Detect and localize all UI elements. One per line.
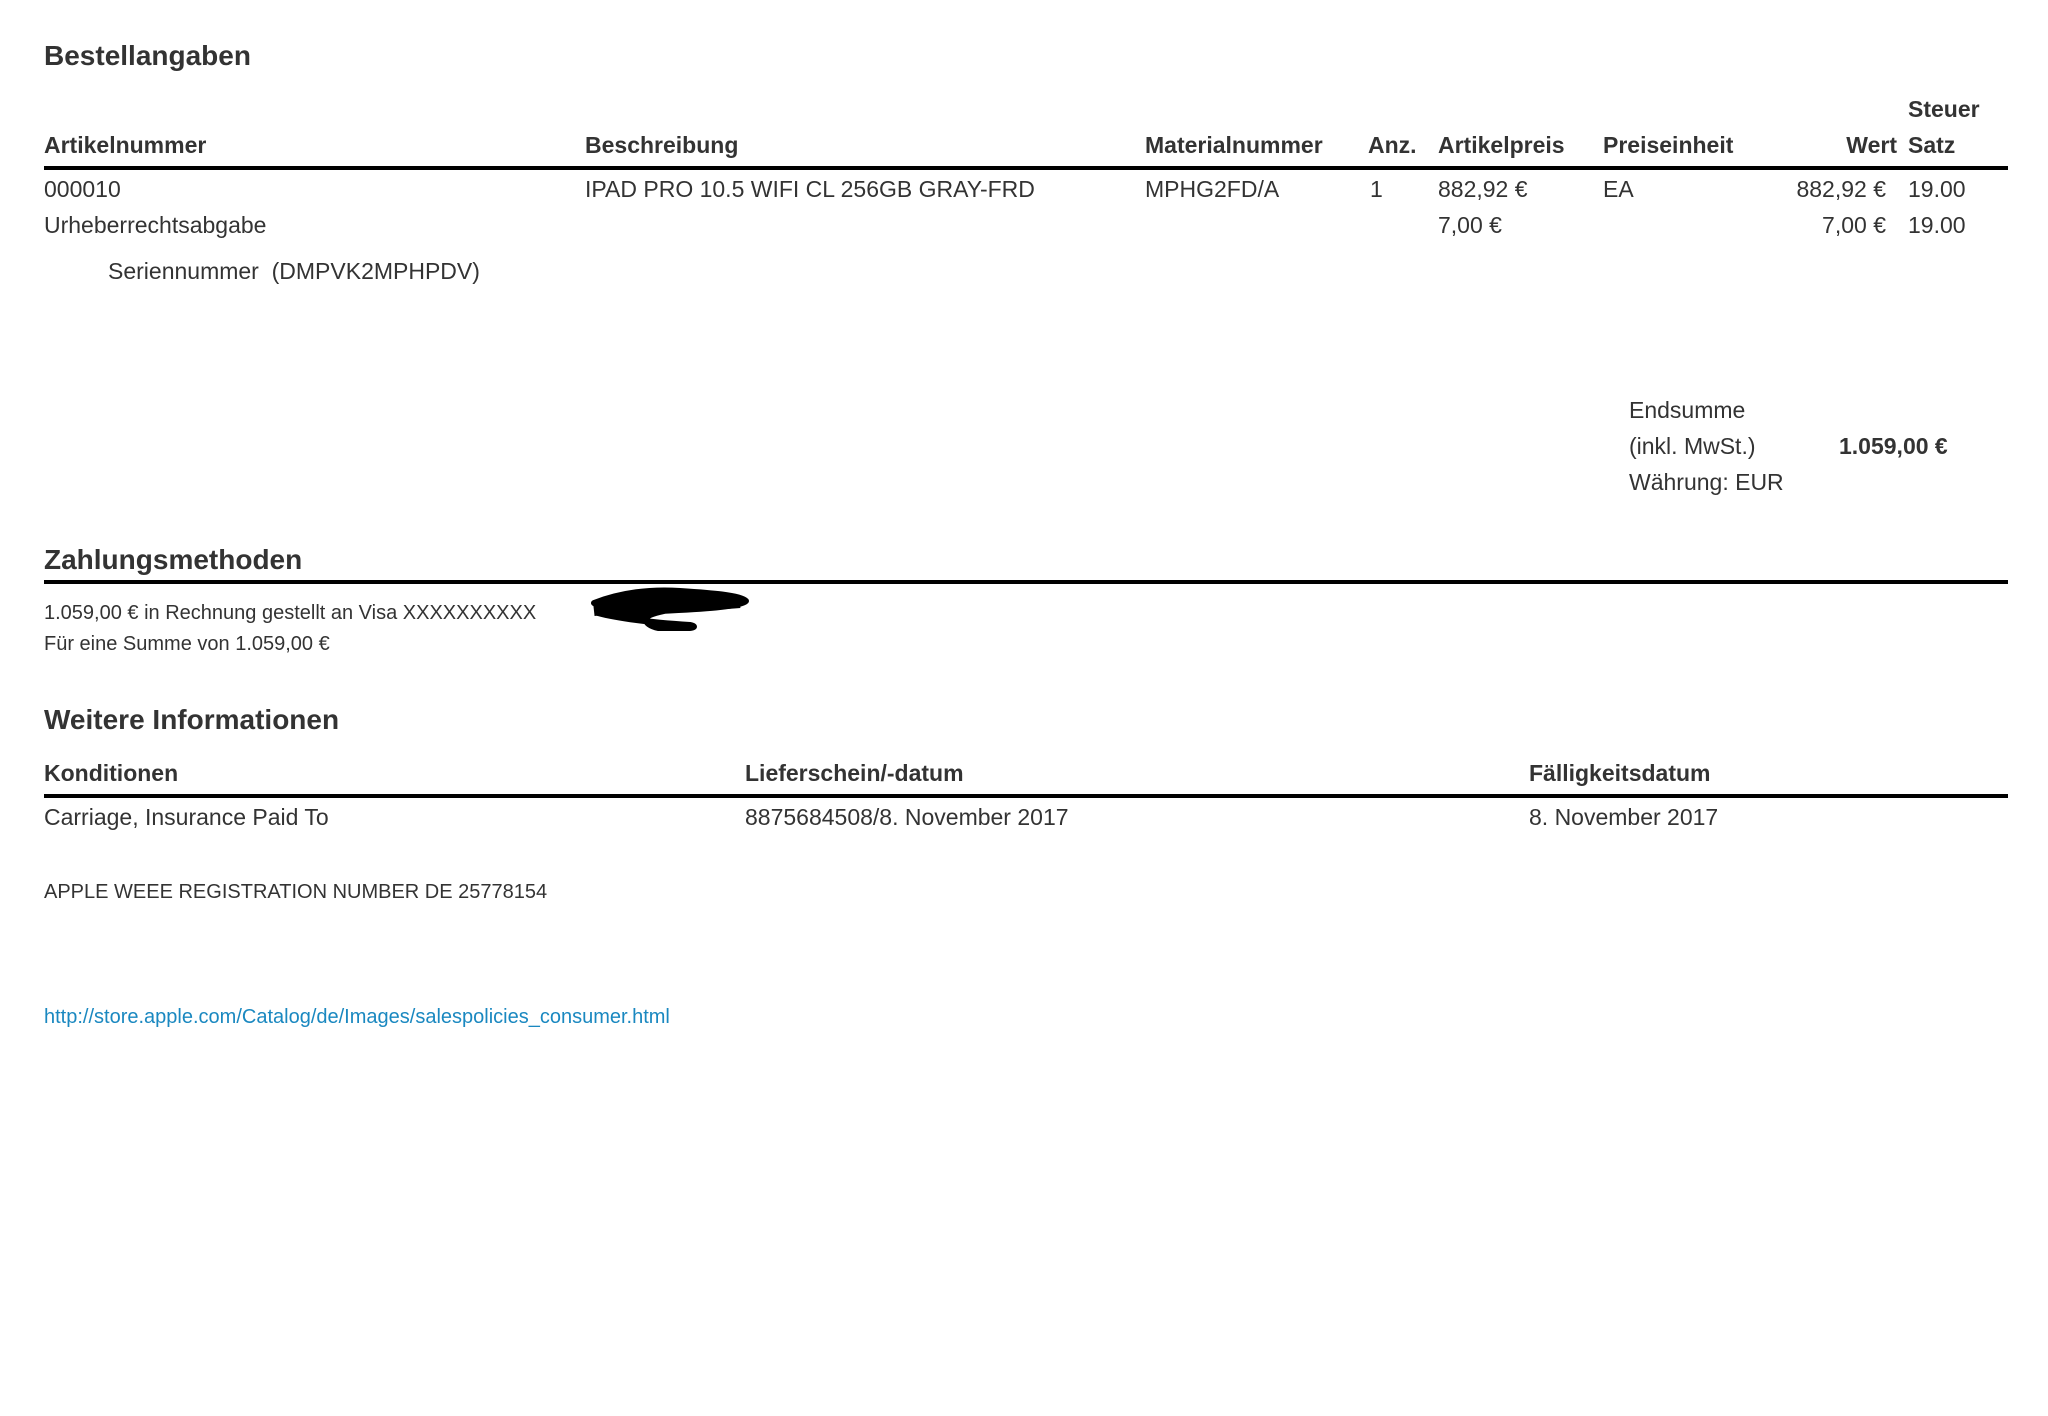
- col-header-wert: Wert: [1797, 134, 1897, 157]
- cell-artikelnummer: 000010: [44, 178, 121, 201]
- payment-line-charged: 1.059,00 € in Rechnung gestellt an Visa …: [44, 603, 536, 623]
- col-header-faelligkeitsdatum: Fälligkeitsdatum: [1529, 762, 1710, 785]
- col-header-artikelpreis: Artikelpreis: [1438, 134, 1565, 157]
- cell-steuer-satz: 19.00: [1908, 178, 1966, 201]
- order-header-rule: [44, 166, 2008, 170]
- total-amount: 1.059,00 €: [1839, 435, 1948, 458]
- cell-preiseinheit: EA: [1603, 178, 1634, 201]
- total-label: Endsumme: [1629, 399, 1745, 422]
- serial-number: Seriennummer (DMPVK2MPHPDV): [108, 260, 480, 283]
- col-header-konditionen: Konditionen: [44, 762, 178, 785]
- order-section-title: Bestellangaben: [44, 42, 251, 70]
- cell-steuer-satz: 19.00: [1908, 214, 1966, 237]
- cell-anz: 1: [1370, 178, 1383, 201]
- cell-artikelpreis: 7,00 €: [1438, 214, 1502, 237]
- col-header-artikelnummer: Artikelnummer: [44, 134, 206, 157]
- cell-artikelnummer: Urheberrechtsabgabe: [44, 214, 266, 237]
- col-header-preiseinheit: Preiseinheit: [1603, 134, 1733, 157]
- total-currency: Währung: EUR: [1629, 471, 1784, 494]
- col-header-steuer: Steuer: [1908, 98, 1980, 121]
- cell-artikelpreis: 882,92 €: [1438, 178, 1528, 201]
- cell-wert: 7,00 €: [1737, 214, 1886, 237]
- weee-registration: APPLE WEEE REGISTRATION NUMBER DE 257781…: [44, 882, 547, 902]
- sales-policies-link[interactable]: http://store.apple.com/Catalog/de/Images…: [44, 1007, 670, 1027]
- cell-materialnummer: MPHG2FD/A: [1145, 178, 1279, 201]
- info-header-rule: [44, 794, 2008, 798]
- payment-line-sum: Für eine Summe von 1.059,00 €: [44, 634, 330, 654]
- total-tax-note: (inkl. MwSt.): [1629, 435, 1756, 458]
- col-header-anz: Anz.: [1368, 134, 1417, 157]
- col-header-lieferschein: Lieferschein/-datum: [745, 762, 964, 785]
- redaction-scribble-icon: [590, 585, 750, 631]
- cell-wert: 882,92 €: [1737, 178, 1886, 201]
- cell-lieferschein: 8875684508/8. November 2017: [745, 806, 1069, 829]
- col-header-satz: Satz: [1908, 134, 1955, 157]
- cell-konditionen: Carriage, Insurance Paid To: [44, 806, 329, 829]
- cell-faelligkeitsdatum: 8. November 2017: [1529, 806, 1718, 829]
- col-header-materialnummer: Materialnummer: [1145, 134, 1323, 157]
- info-section-title: Weitere Informationen: [44, 706, 339, 734]
- cell-beschreibung: IPAD PRO 10.5 WIFI CL 256GB GRAY-FRD: [585, 178, 1035, 201]
- payment-section-title: Zahlungsmethoden: [44, 546, 302, 574]
- col-header-beschreibung: Beschreibung: [585, 134, 738, 157]
- payment-rule: [44, 580, 2008, 584]
